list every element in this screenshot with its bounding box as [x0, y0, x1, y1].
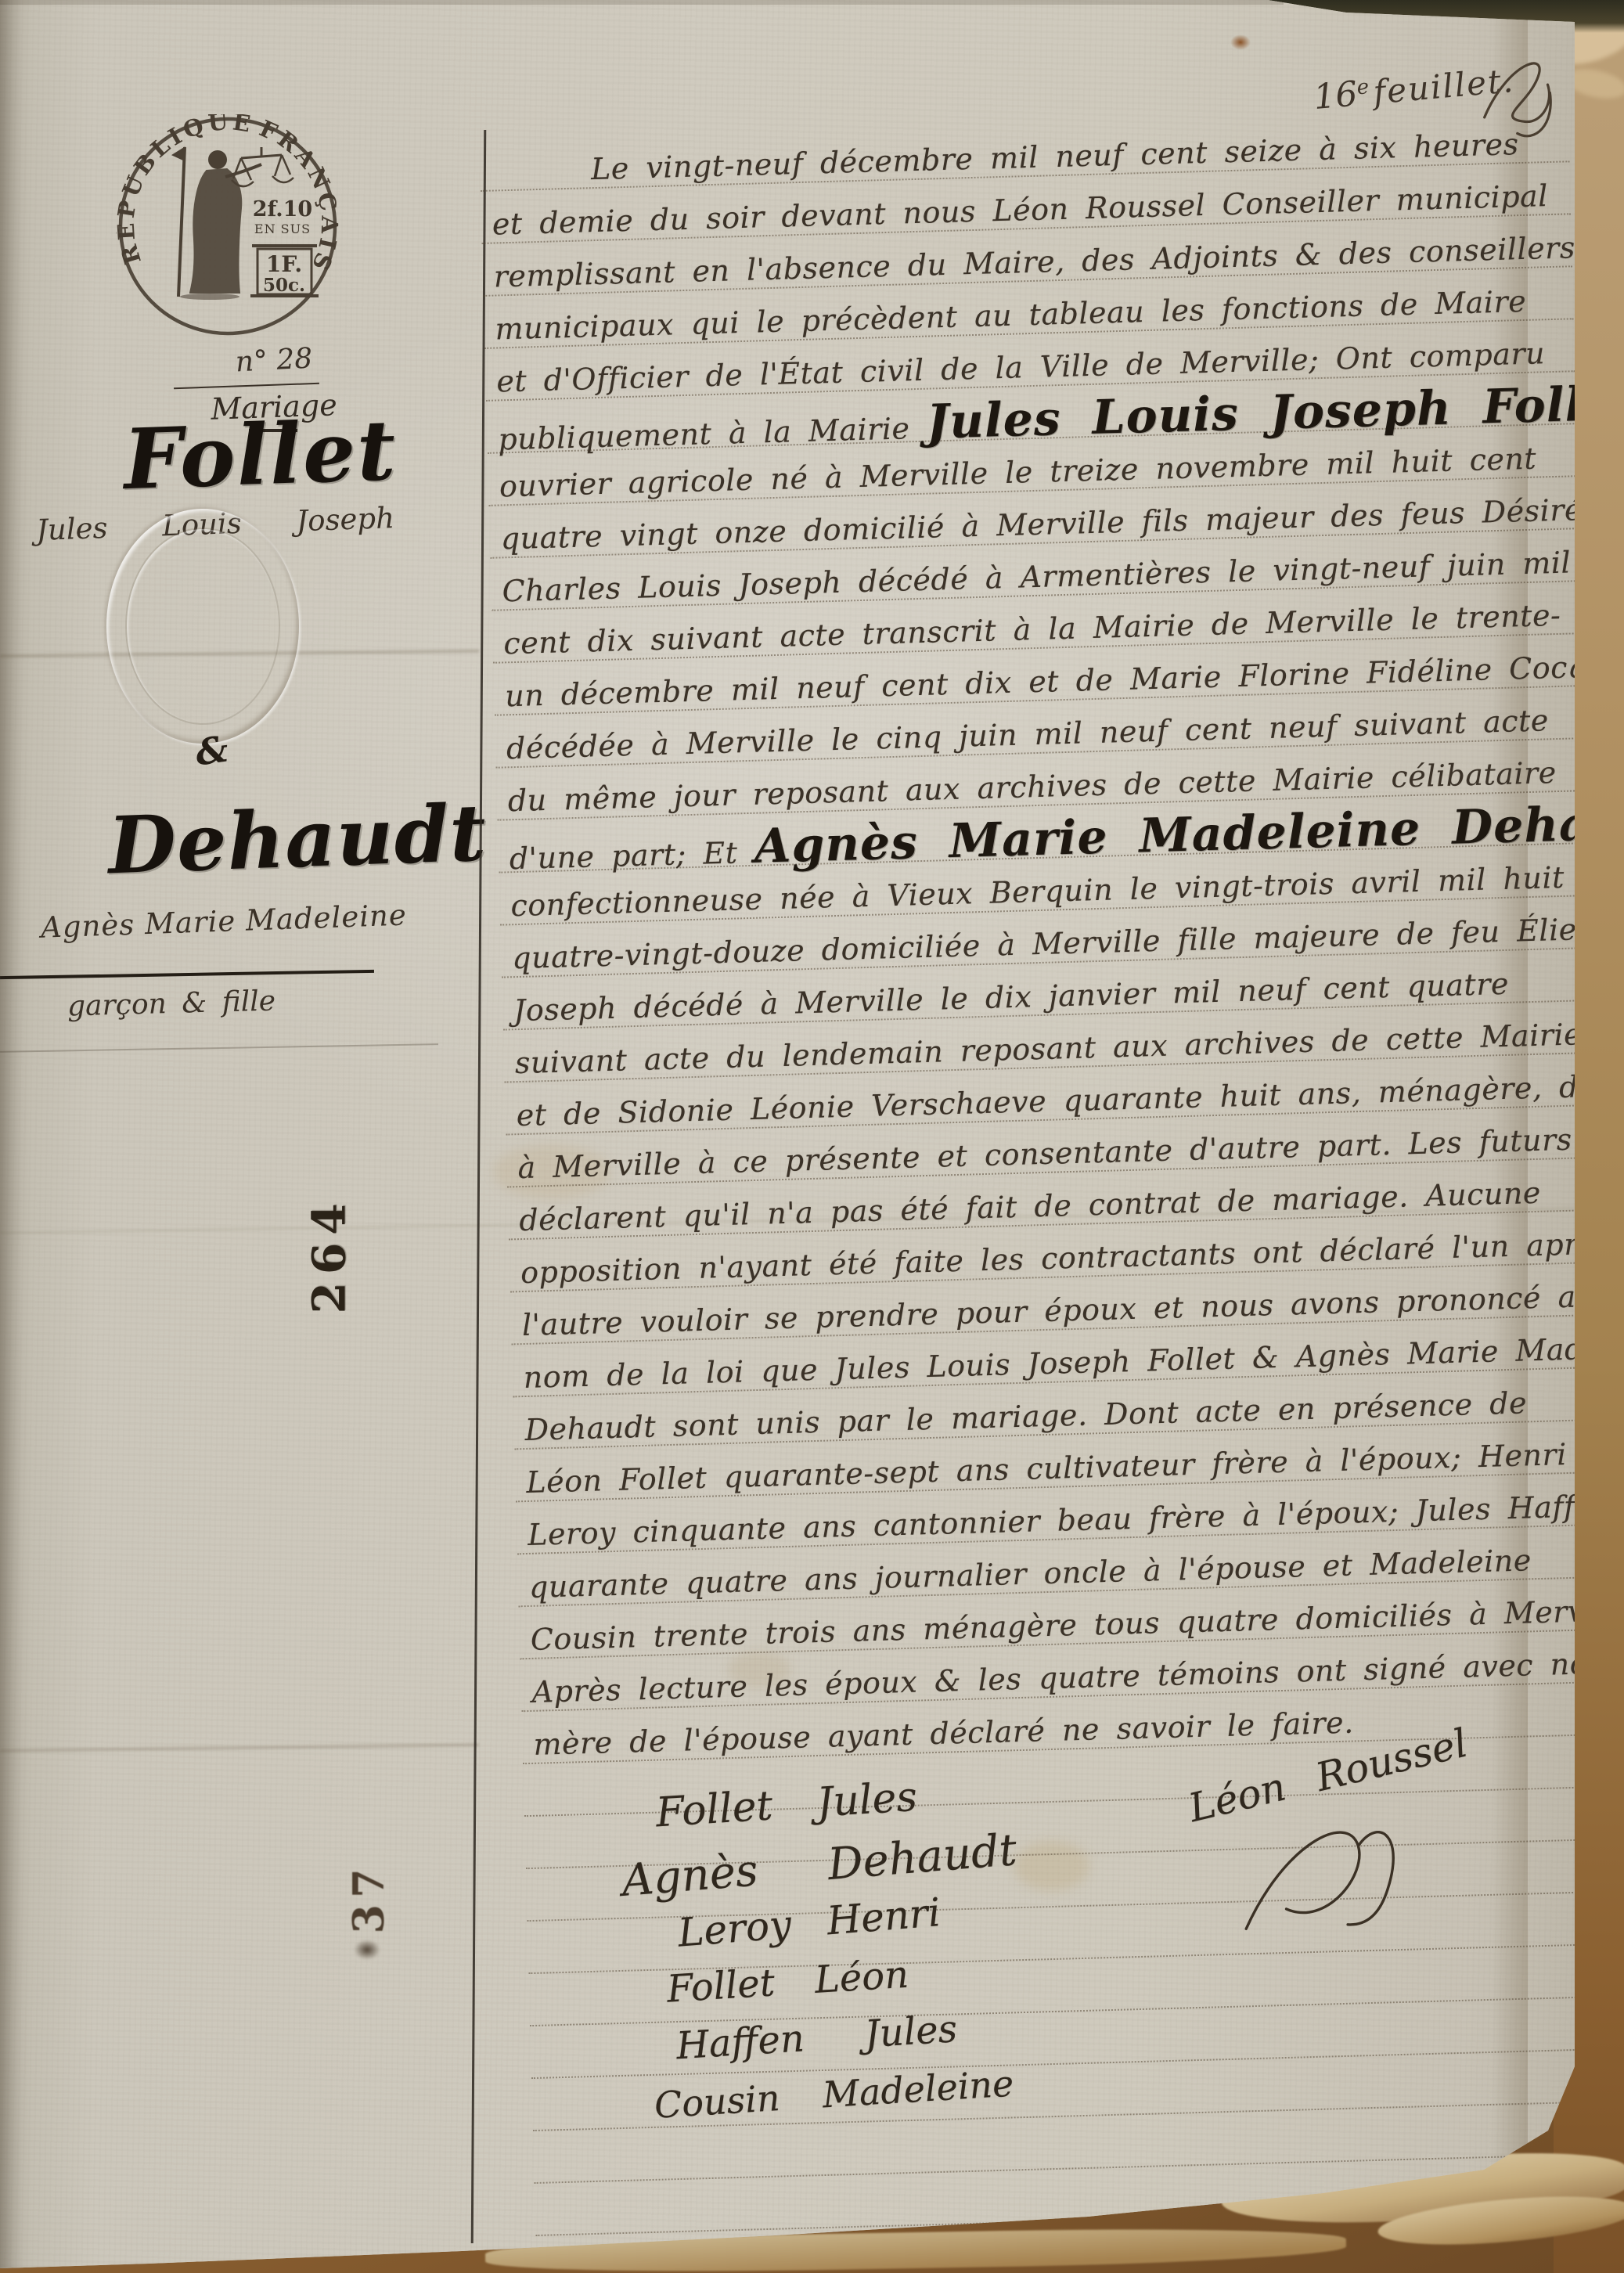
manuscript-body: Le vingt-neuf décembre mil neuf cent sei… — [479, 110, 1624, 2236]
margin-faint-rule — [0, 1043, 438, 1053]
ink-smudge — [354, 1940, 380, 1960]
page-top-edge — [0, 0, 1284, 5]
embossed-seal-ring — [125, 528, 280, 725]
margin-bride-surname: Dehaudt — [106, 794, 488, 885]
registry-number-stamp-264: 264 — [263, 1185, 396, 1324]
embossed-seal — [106, 509, 299, 744]
margin-bride-firstnames: Agnès Marie Madeleine — [40, 899, 391, 945]
margin-divider-rule — [0, 970, 374, 979]
stamp-tax-line1: 2f.10 — [253, 197, 312, 222]
fiscal-stamp-seal: RÉPUBLIQUE FRANÇAISE 2f.10 EN SUS 1F. 50… — [116, 114, 340, 338]
margin-children-note: garçon & fille — [67, 985, 276, 1023]
page-left-edge — [0, 0, 22, 2273]
stamp-tax-value2: 50c. — [263, 275, 305, 296]
rust-stain — [1230, 34, 1251, 50]
fold-crease — [0, 1743, 479, 1752]
register-page: 16e feuillet. RÉPUBLIQUE FRANÇAISE 2f.10… — [0, 0, 1575, 2273]
margin-groom-surname: Follet — [122, 409, 398, 501]
margin-separator-rule — [471, 130, 486, 2243]
margin-conjunction: & — [193, 727, 231, 773]
act-number: n° 28 — [187, 340, 361, 380]
roussel-paraph-icon — [1229, 1805, 1444, 1951]
stamp-tax-value1: 1F. — [266, 251, 302, 277]
stamp-tax-line2: EN SUS — [254, 222, 311, 236]
